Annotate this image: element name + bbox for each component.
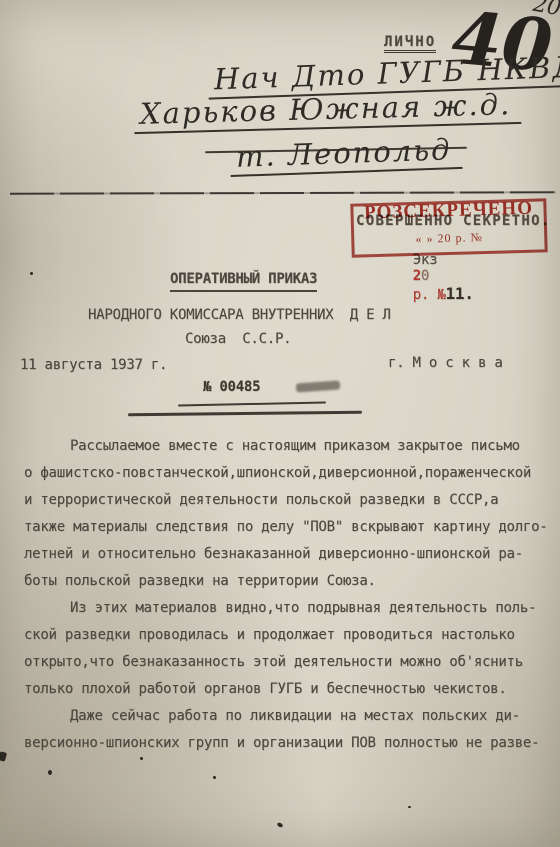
stamp-r-no: р. № xyxy=(413,287,446,303)
copy-number: 11. xyxy=(445,284,473,303)
body-line: версионно-шпионских групп и организации … xyxy=(24,730,554,757)
paper-speck xyxy=(0,751,7,762)
declassified-stamp: РОЗСЕКРЕЧЕНО « » 20 р. № xyxy=(350,198,547,257)
body-line: только плохой работой органов ГУГБ и бес… xyxy=(24,676,554,703)
addressee-line-3: т. Леопольд xyxy=(229,134,462,177)
declassified-stamp-fields: « » 20 р. № xyxy=(354,228,544,248)
personal-label: ЛИЧНО xyxy=(384,34,436,53)
number-underline-2 xyxy=(128,411,362,416)
body-line: летней и относительно безнаказанной диве… xyxy=(24,541,554,568)
body-line: ской разведки проводилась и продолжает п… xyxy=(24,622,554,649)
order-title: ОПЕРАТИВНЫЙ ПРИКАЗ xyxy=(170,271,317,292)
body-line: и террористической деятельности польской… xyxy=(24,487,554,514)
addressee-line-2: Харьков Южная ж.д. xyxy=(134,89,522,134)
body-line: также материалы следствия по делу "ПОВ" … xyxy=(24,514,554,541)
body-line: Рассылаемое вместе с настоящим приказом … xyxy=(24,433,554,460)
paper-speck xyxy=(276,822,283,828)
paper-speck xyxy=(213,776,216,779)
number-underline-1 xyxy=(178,401,326,406)
body-line: о фашистско-повстанческой,шпионской,диве… xyxy=(24,460,554,487)
scanned-document-page: 20 40 ЛИЧНО Нач Дто ГУГБ НКВД Харьков Юж… xyxy=(0,0,560,847)
body-line: Из этих материалов видно,что подрывная д… xyxy=(24,595,554,622)
divider-line xyxy=(10,191,556,194)
issuer-line-2: Союза С.С.Р. xyxy=(185,331,291,347)
paper-speck xyxy=(408,806,411,808)
order-number: № 00485 xyxy=(203,379,260,395)
body-line: боты польской разведки на территории Сою… xyxy=(24,568,554,595)
body-line: Даже сейчас работа по ликвидации на мест… xyxy=(24,703,554,730)
issuer-line-1: НАРОДНОГО КОМИССАРА ВНУТРЕННИХ Д Е Л xyxy=(88,307,391,323)
declassified-stamp-text: РОЗСЕКРЕЧЕНО xyxy=(353,197,544,224)
stamp-year-fragment: 2 xyxy=(413,268,421,284)
body-line: открыто,что безнаказанность этой деятель… xyxy=(24,649,554,676)
stamp-year2: 0 xyxy=(421,268,429,284)
paper-speck xyxy=(140,757,143,760)
paper-speck xyxy=(30,272,33,275)
order-date: 11 августа 1937 г. xyxy=(20,357,167,373)
ink-smudge xyxy=(296,380,341,392)
paper-speck xyxy=(48,770,52,775)
order-body: Рассылаемое вместе с настоящим приказом … xyxy=(24,433,554,757)
order-place: г. М о с к в а xyxy=(388,355,503,371)
